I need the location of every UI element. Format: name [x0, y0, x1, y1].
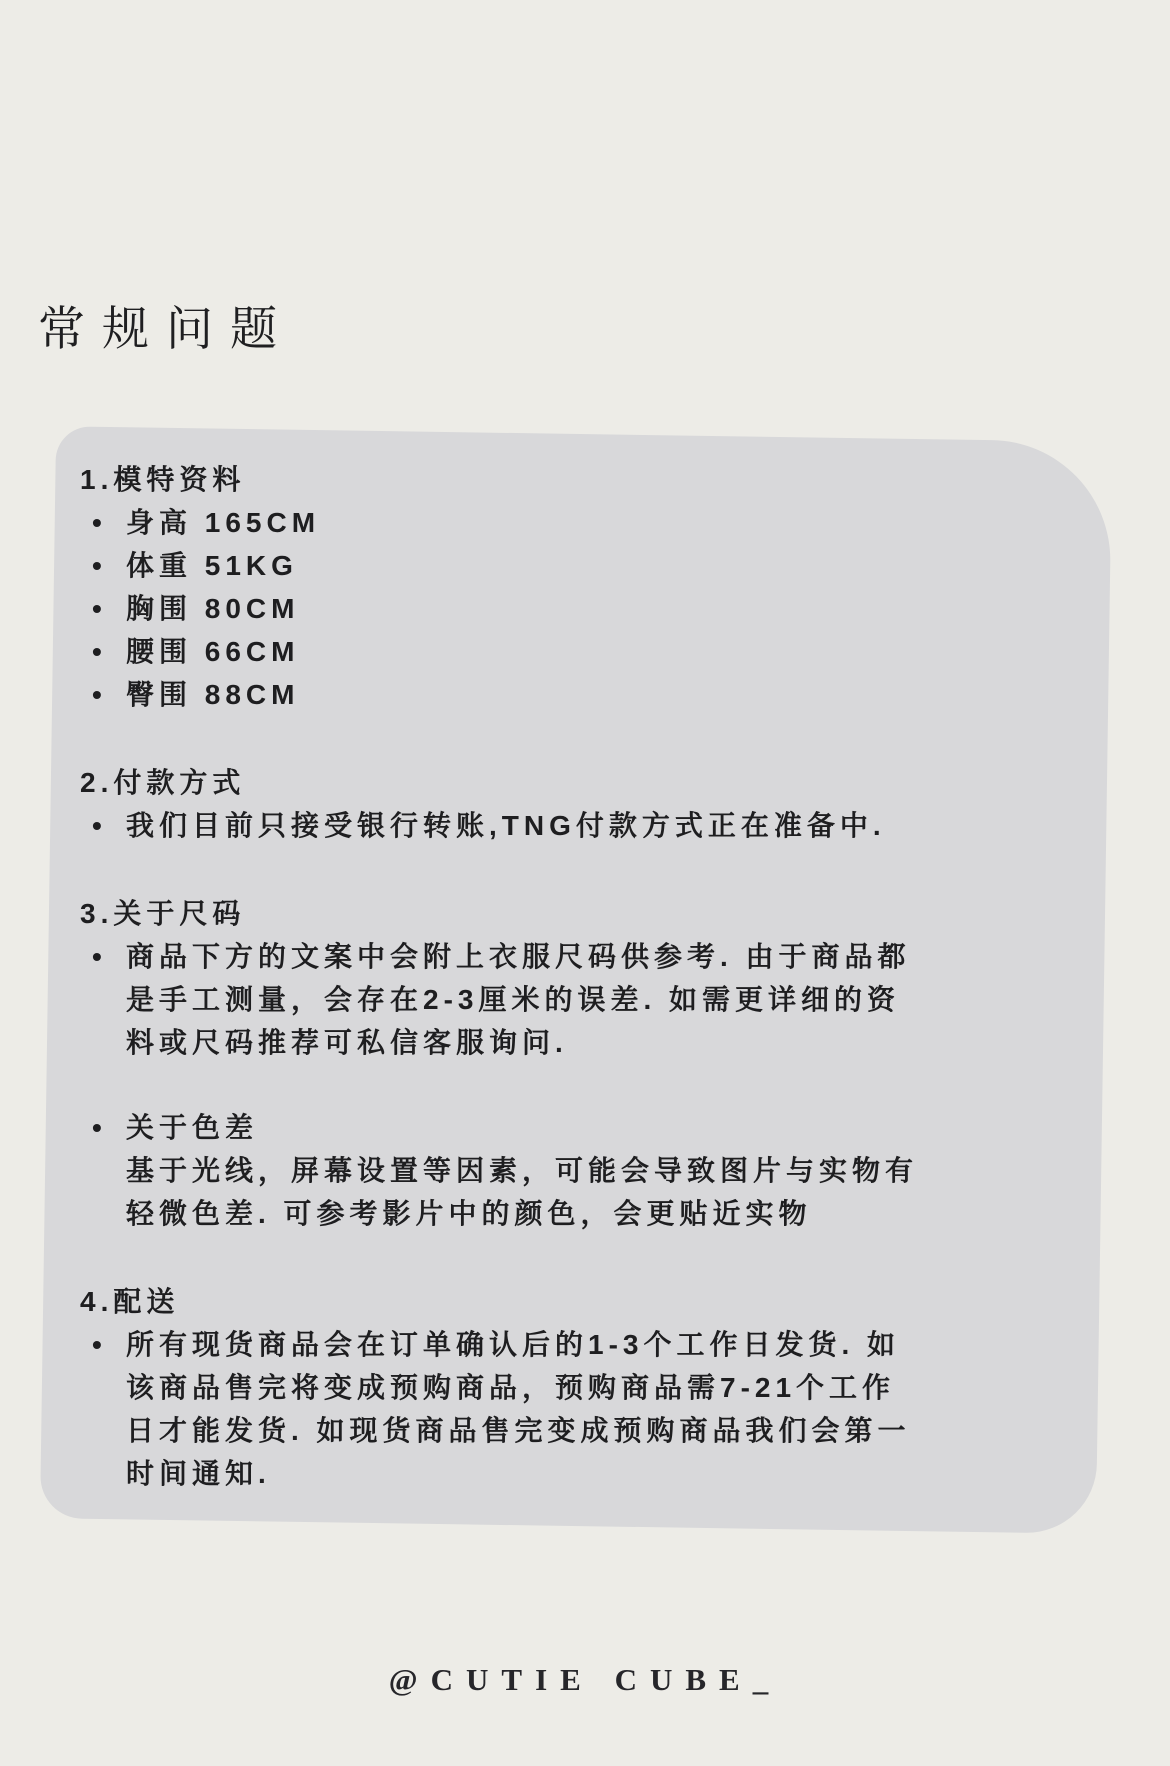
bullet-list: 所有现货商品会在订单确认后的1-3个工作日发货. 如该商品售完将变成预购商品，预…: [80, 1323, 925, 1495]
section-payment: 2.付款方式 我们目前只接受银行转账,TNG付款方式正在准备中.: [80, 761, 925, 847]
list-item: 身高 165CM: [80, 501, 925, 544]
section-model-info: 1.模特资料 身高 165CM 体重 51KG 胸围 80CM 腰围 66CM …: [80, 458, 925, 716]
faq-content: 1.模特资料 身高 165CM 体重 51KG 胸围 80CM 腰围 66CM …: [80, 458, 925, 1495]
page-title: 常规问题: [38, 292, 294, 359]
list-item: 所有现货商品会在订单确认后的1-3个工作日发货. 如该商品售完将变成预购商品，预…: [80, 1323, 925, 1495]
bullet-list: 身高 165CM 体重 51KG 胸围 80CM 腰围 66CM 臀围 88CM: [80, 501, 925, 716]
list-item: 腰围 66CM: [80, 630, 925, 673]
section-heading: 1.模特资料: [80, 458, 925, 501]
list-item: 我们目前只接受银行转账,TNG付款方式正在准备中.: [80, 804, 925, 847]
section-shipping: 4.配送 所有现货商品会在订单确认后的1-3个工作日发货. 如该商品售完将变成预…: [80, 1280, 925, 1495]
list-item: 胸围 80CM: [80, 587, 925, 630]
footer-brand: @CUTIE CUBE_: [0, 1662, 1170, 1698]
list-item: 臀围 88CM: [80, 673, 925, 716]
section-sizing: 3.关于尺码 商品下方的文案中会附上衣服尺码供参考. 由于商品都是手工测量，会存…: [80, 892, 925, 1235]
list-item: 商品下方的文案中会附上衣服尺码供参考. 由于商品都是手工测量，会存在2-3厘米的…: [80, 935, 925, 1064]
sub-bullet-heading: 关于色差: [80, 1106, 925, 1149]
bullet-list: 我们目前只接受银行转账,TNG付款方式正在准备中.: [80, 804, 925, 847]
sub-paragraph: 基于光线，屏幕设置等因素，可能会导致图片与实物有轻微色差. 可参考影片中的颜色，…: [80, 1149, 925, 1235]
section-heading: 3.关于尺码: [80, 892, 925, 935]
section-heading: 2.付款方式: [80, 761, 925, 804]
section-heading: 4.配送: [80, 1280, 925, 1323]
list-item: 体重 51KG: [80, 544, 925, 587]
bullet-list: 商品下方的文案中会附上衣服尺码供参考. 由于商品都是手工测量，会存在2-3厘米的…: [80, 935, 925, 1149]
